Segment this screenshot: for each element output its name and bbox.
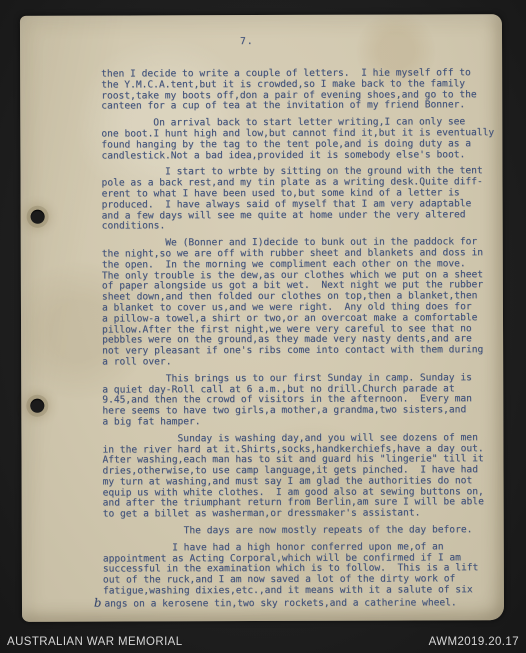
typed-line: The days are now mostly repeats of the d… bbox=[103, 525, 501, 537]
paragraph: The days are now mostly repeats of the d… bbox=[103, 525, 501, 537]
paragraph: On arrival back to start letter writing,… bbox=[101, 117, 499, 162]
handwritten-correction: b bbox=[94, 595, 101, 609]
archive-reference-number: AWM2019.20.17 bbox=[429, 636, 519, 648]
typed-line: bangs on a kerosene tin,two sky rockets,… bbox=[103, 596, 501, 610]
archive-caption-bar: AUSTRALIAN WAR MEMORIAL AWM2019.20.17 bbox=[7, 636, 519, 648]
document-page: 7. then I decide to write a couple of le… bbox=[20, 14, 504, 622]
typed-line: a big fat hamper. bbox=[102, 416, 500, 428]
typed-line: candlestick.Not a bad idea,provided it i… bbox=[101, 150, 499, 162]
typed-line: a roll over. bbox=[102, 356, 500, 368]
photo-backdrop: 7. then I decide to write a couple of le… bbox=[0, 0, 526, 653]
paragraph: We (Bonner and I)decide to bunk out in t… bbox=[102, 237, 500, 368]
paragraph: This brings us to our first Sunday in ca… bbox=[102, 373, 500, 428]
punch-hole-bottom bbox=[30, 399, 44, 413]
archive-name: AUSTRALIAN WAR MEMORIAL bbox=[7, 636, 183, 648]
typed-line: to get a billet as washerman,or dressmak… bbox=[103, 508, 501, 520]
paragraph: Sunday is washing day,and you will see d… bbox=[102, 433, 500, 521]
page-number: 7. bbox=[240, 36, 254, 47]
typed-line-text: angs on a kerosene tin,two sky rockets,a… bbox=[104, 597, 456, 609]
punch-hole-top bbox=[31, 210, 45, 224]
paragraph: I start to wrbte by sitting on the groun… bbox=[101, 167, 499, 233]
typed-line: canteen for a cup of tea at the invitati… bbox=[101, 101, 499, 113]
typed-line: conditions. bbox=[102, 221, 500, 233]
typed-text: then I decide to write a couple of lette… bbox=[101, 68, 501, 616]
paragraph: then I decide to write a couple of lette… bbox=[101, 68, 499, 113]
paragraph: I have had a high honor conferred upon m… bbox=[103, 542, 501, 610]
